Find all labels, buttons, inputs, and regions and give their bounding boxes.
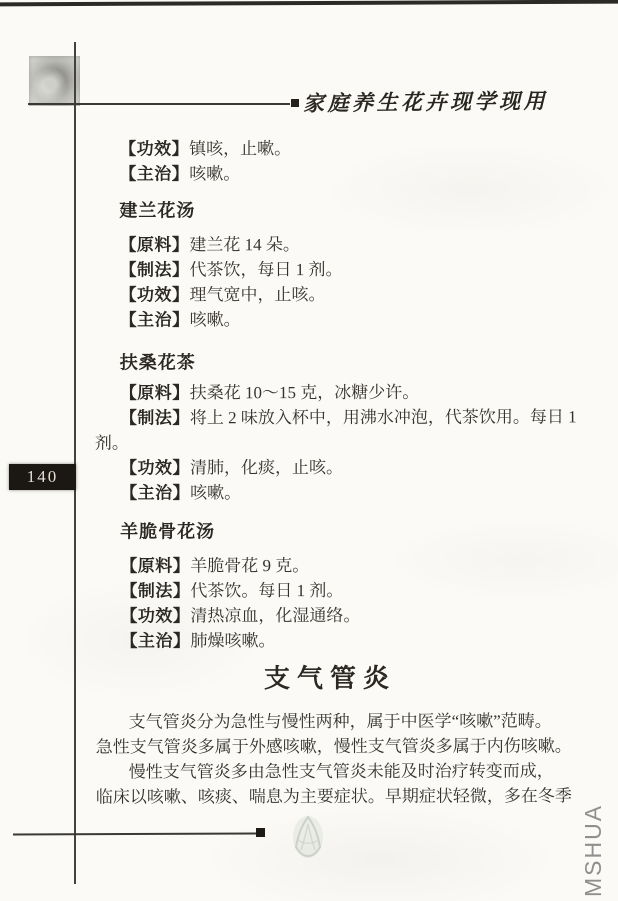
field-label: 【制法】 — [120, 581, 190, 600]
remedy-line: 【制法】代茶饮。每日 1 剂。 — [95, 577, 557, 603]
header-rule — [28, 103, 290, 105]
paragraph-line: 支气管炎分为急性与慢性两种，属于中医学“咳嗽”范畴。 — [96, 708, 558, 734]
field-label: 【原料】 — [119, 235, 189, 254]
remedy-line: 【主治】咳嗽。 — [95, 479, 557, 505]
field-label: 【功效】 — [120, 458, 190, 477]
recipe-title: 建兰花汤 — [119, 195, 556, 224]
field-text: 代茶饮，每日 1 剂。 — [189, 260, 342, 279]
field-label: 【功效】 — [119, 139, 189, 158]
recipe-title: 羊脆骨花汤 — [120, 516, 557, 545]
remedy-line: 【功效】清肺，化痰，止咳。 — [95, 454, 557, 480]
page-number-badge: 140 — [9, 464, 76, 490]
field-text: 肺燥咳嗽。 — [190, 631, 275, 650]
remedy-line: 【制法】代茶饮，每日 1 剂。 — [94, 256, 556, 282]
field-text: 咳嗽。 — [189, 164, 240, 183]
running-head-title: 家庭养生花卉现学现用 — [303, 84, 603, 117]
field-label: 【主治】 — [120, 310, 190, 329]
field-text: 羊脆骨花 9 克。 — [190, 556, 309, 575]
remedy-line: 【功效】理气宽中，止咳。 — [95, 281, 557, 307]
field-text: 清热凉血，化湿通络。 — [190, 606, 360, 625]
page-content: 【功效】镇咳，止嗽。 【主治】咳嗽。 建兰花汤 【原料】建兰花 14 朵。 【制… — [94, 135, 558, 809]
square-bullet-icon — [291, 99, 299, 107]
section-heading: 支气管炎 — [95, 660, 557, 695]
field-label: 【功效】 — [120, 285, 190, 304]
margin-vertical-rule — [74, 42, 76, 884]
field-text: 咳嗽。 — [190, 310, 241, 329]
paragraph-line: 慢性支气管炎多由急性支气管炎未能及时治疗转变而成， — [96, 758, 558, 784]
field-text: 建兰花 14 朵。 — [189, 235, 300, 254]
field-text: 剂。 — [95, 434, 129, 453]
publisher-watermark-icon — [286, 810, 330, 862]
field-label: 【原料】 — [120, 556, 190, 575]
field-text: 代茶饮。每日 1 剂。 — [190, 581, 343, 600]
field-label: 【主治】 — [120, 483, 190, 502]
field-text: 镇咳，止嗽。 — [189, 139, 291, 158]
remedy-line: 【主治】咳嗽。 — [95, 306, 557, 332]
remedy-line: 【功效】镇咳，止嗽。 — [94, 135, 556, 161]
footer-rule — [13, 832, 258, 835]
corner-ornament-image — [29, 56, 80, 106]
watermark-vertical-text: MSHUA — [578, 787, 608, 897]
remedy-line: 【主治】咳嗽。 — [94, 160, 556, 186]
field-label: 【制法】 — [119, 260, 189, 279]
page-top-rule — [0, 0, 618, 6]
remedy-line: 【主治】肺燥咳嗽。 — [95, 627, 557, 653]
remedy-line-continuation: 剂。 — [95, 429, 557, 455]
field-label: 【主治】 — [119, 164, 189, 183]
remedy-line: 【原料】建兰花 14 朵。 — [94, 231, 556, 257]
field-label: 【主治】 — [120, 631, 190, 650]
field-label: 【制法】 — [120, 408, 190, 427]
recipe-title: 扶桑花茶 — [120, 347, 557, 376]
field-text: 咳嗽。 — [190, 483, 241, 502]
field-text: 扶桑花 10～15 克，冰糖少许。 — [190, 383, 420, 403]
remedy-line: 【制法】将上 2 味放入杯中，用沸水冲泡，代茶饮用。每日 1 — [95, 404, 557, 430]
field-label: 【原料】 — [120, 383, 190, 402]
remedy-line: 【原料】羊脆骨花 9 克。 — [95, 552, 557, 578]
paragraph-line: 急性支气管炎多属于外感咳嗽，慢性支气管炎多属于内伤咳嗽。 — [96, 733, 558, 759]
remedy-line: 【原料】扶桑花 10～15 克，冰糖少许。 — [95, 379, 557, 405]
remedy-line: 【功效】清热凉血，化湿通络。 — [95, 602, 557, 628]
field-text: 将上 2 味放入杯中，用沸水冲泡，代茶饮用。每日 1 — [190, 407, 577, 427]
square-bullet-icon — [256, 828, 265, 837]
field-text: 清肺，化痰，止咳。 — [190, 458, 343, 477]
paragraph-line: 临床以咳嗽、咳痰、喘息为主要症状。早期症状轻微，多在冬季 — [96, 783, 558, 809]
field-label: 【功效】 — [120, 606, 190, 625]
field-text: 理气宽中，止咳。 — [190, 285, 326, 304]
